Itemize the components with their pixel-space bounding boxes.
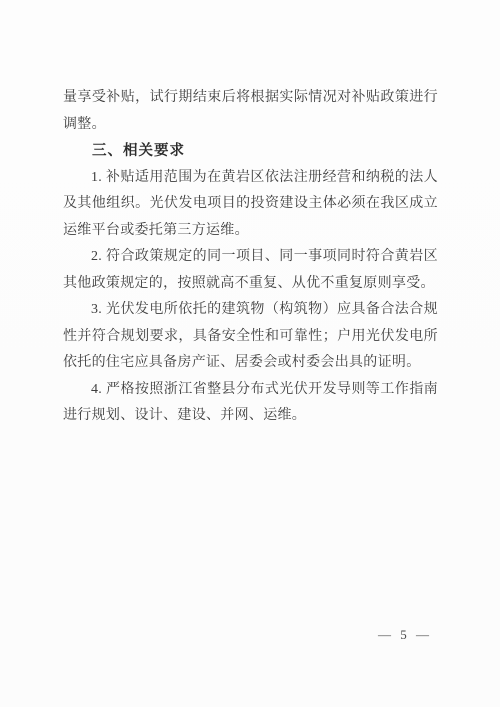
document-body: 量享受补贴，试行期结束后将根据实际情况对补贴政策进行调整。 三、相关要求 1. … bbox=[63, 85, 438, 430]
body-paragraph-2: 2. 符合政策规定的同一项目、同一事项同时符合黄岩区其他政策规定的，按照就高不重… bbox=[63, 244, 438, 297]
continuation-paragraph: 量享受补贴，试行期结束后将根据实际情况对补贴政策进行调整。 bbox=[63, 85, 438, 138]
body-paragraph-3: 3. 光伏发电所依托的建筑物（构筑物）应具备合法合规性并符合规划要求，具备安全性… bbox=[63, 297, 438, 377]
page-number: — 5 — bbox=[378, 627, 432, 643]
document-page: 量享受补贴，试行期结束后将根据实际情况对补贴政策进行调整。 三、相关要求 1. … bbox=[0, 0, 500, 707]
section-heading: 三、相关要求 bbox=[63, 138, 438, 165]
body-paragraph-4: 4. 严格按照浙江省整县分布式光伏开发导则等工作指南进行规划、设计、建设、并网、… bbox=[63, 377, 438, 430]
body-paragraph-1: 1. 补贴适用范围为在黄岩区依法注册经营和纳税的法人及其他组织。光伏发电项目的投… bbox=[63, 165, 438, 245]
